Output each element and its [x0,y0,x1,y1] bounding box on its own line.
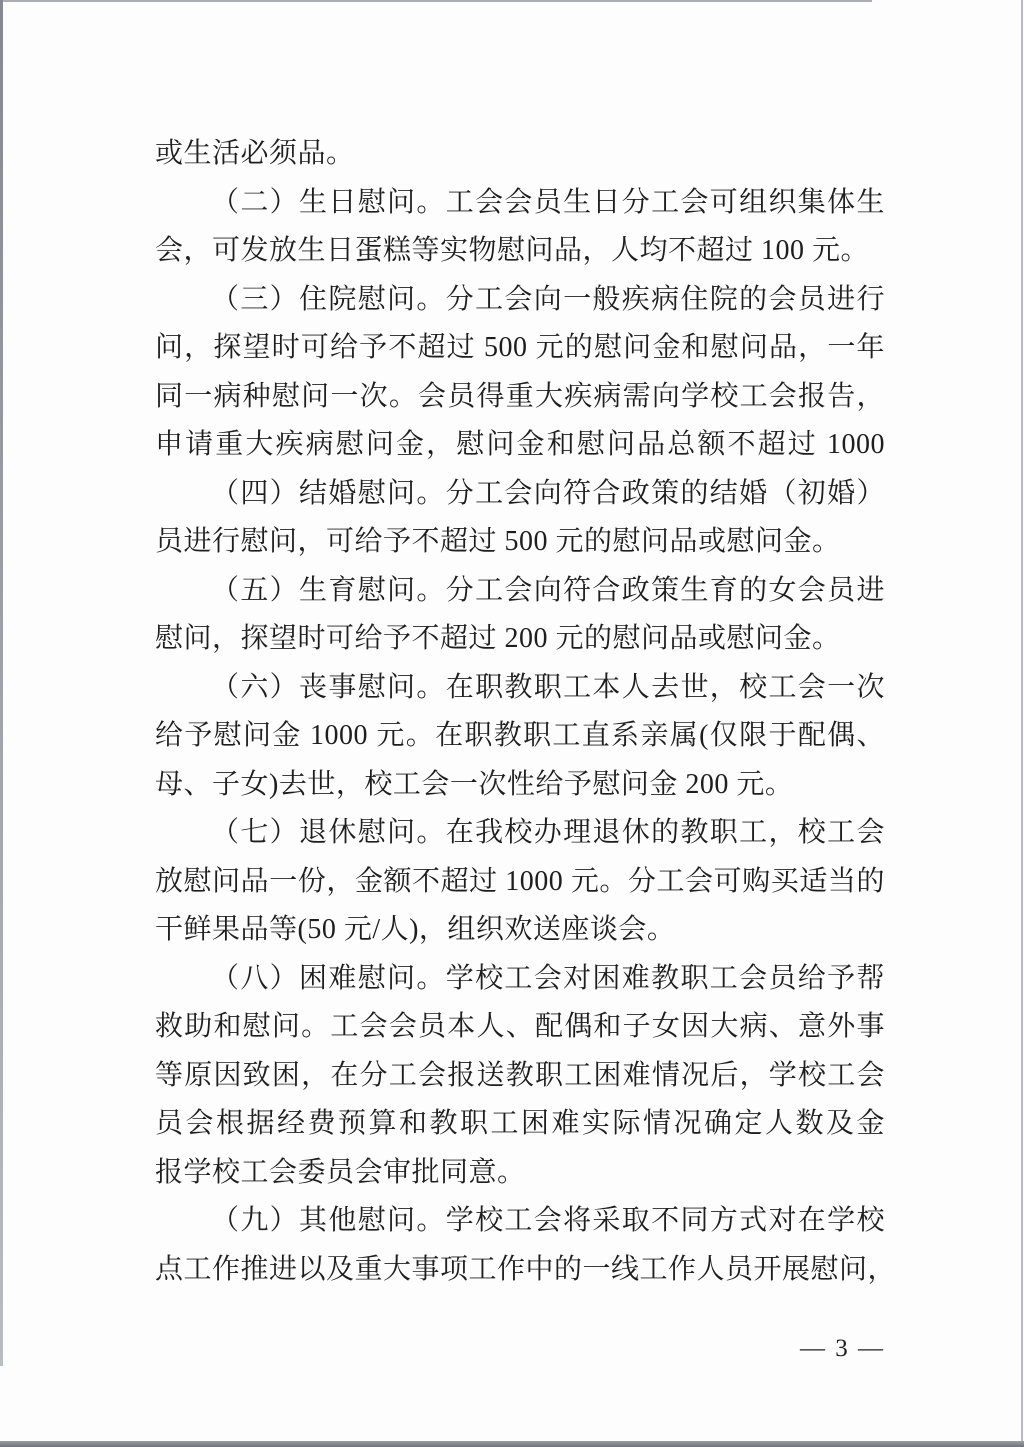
scanned-page: 或生活必须品。（二）生日慰问。工会会员生日分工会可组织集体生日会，可发放生日蛋糕… [0,0,1024,1447]
text-line: （二）生日慰问。工会会员生日分工会可组织集体生日 [155,179,885,228]
paragraph: 或生活必须品。 [155,130,885,179]
scan-edge-bottom [0,1441,1024,1447]
text-line: 慰问，探望时可给予不超过 200 元的慰问品或慰问金。 [155,615,885,664]
paragraph: （八）困难慰问。学校工会对困难教职工会员给予帮扶、救助和慰问。工会会员本人、配偶… [155,955,885,1198]
text-line: 点工作推进以及重大事项工作中的一线工作人员开展慰问， [155,1246,885,1295]
text-line: 员会根据经费预算和教职工困难实际情况确定人数及金额， [155,1100,885,1149]
text-line: 救助和慰问。工会会员本人、配偶和子女因大病、意外事故 [155,1003,885,1052]
text-line: 给予慰问金 1000 元。在职教职工直系亲属(仅限于配偶、父 [155,712,885,761]
text-line: （三）住院慰问。分工会向一般疾病住院的会员进行慰 [155,276,885,325]
text-line: 等原因致困，在分工会报送教职工困难情况后，学校工会委 [155,1052,885,1101]
paragraph: （九）其他慰问。学校工会将采取不同方式对在学校重点工作推进以及重大事项工作中的一… [155,1197,885,1294]
text-line: 干鲜果品等(50 元/人)，组织欢送座谈会。 [155,906,885,955]
text-line: 申请重大疾病慰问金，慰问金和慰问品总额不超过 1000 元。 [155,421,885,470]
paragraph: （二）生日慰问。工会会员生日分工会可组织集体生日会，可发放生日蛋糕等实物慰问品，… [155,179,885,276]
text-line: （六）丧事慰问。在职教职工本人去世，校工会一次性 [155,664,885,713]
text-line: （九）其他慰问。学校工会将采取不同方式对在学校重 [155,1197,885,1246]
document-body: 或生活必须品。（二）生日慰问。工会会员生日分工会可组织集体生日会，可发放生日蛋糕… [155,130,885,1294]
page-number: — 3 — [155,1335,885,1363]
text-line: 会，可发放生日蛋糕等实物慰问品，人均不超过 100 元。 [155,227,885,276]
paragraph: （三）住院慰问。分工会向一般疾病住院的会员进行慰问，探望时可给予不超过 500 … [155,276,885,470]
text-line: （八）困难慰问。学校工会对困难教职工会员给予帮扶、 [155,955,885,1004]
text-line: 同一病种慰问一次。会员得重大疾病需向学校工会报告，可 [155,373,885,422]
text-line: 问，探望时可给予不超过 500 元的慰问金和慰问品，一年内 [155,324,885,373]
scan-edge-top [0,0,872,2]
paragraph: （五）生育慰问。分工会向符合政策生育的女会员进行慰问，探望时可给予不超过 200… [155,567,885,664]
text-line: 员进行慰问，可给予不超过 500 元的慰问品或慰问金。 [155,518,885,567]
scan-edge-left [0,0,3,1366]
text-line: 母、子女)去世，校工会一次性给予慰问金 200 元。 [155,761,885,810]
scan-edge-right [1021,0,1023,1447]
text-line: 报学校工会委员会审批同意。 [155,1149,885,1198]
paragraph: （七）退休慰问。在我校办理退休的教职工，校工会发放慰问品一份，金额不超过 100… [155,809,885,955]
paragraph: （六）丧事慰问。在职教职工本人去世，校工会一次性给予慰问金 1000 元。在职教… [155,664,885,810]
text-line: （五）生育慰问。分工会向符合政策生育的女会员进行 [155,567,885,616]
text-line: （四）结婚慰问。分工会向符合政策的结婚（初婚）会 [155,470,885,519]
text-line: （七）退休慰问。在我校办理退休的教职工，校工会发 [155,809,885,858]
paragraph: （四）结婚慰问。分工会向符合政策的结婚（初婚）会员进行慰问，可给予不超过 500… [155,470,885,567]
text-line: 或生活必须品。 [155,130,885,179]
text-line: 放慰问品一份，金额不超过 1000 元。分工会可购买适当的 [155,858,885,907]
